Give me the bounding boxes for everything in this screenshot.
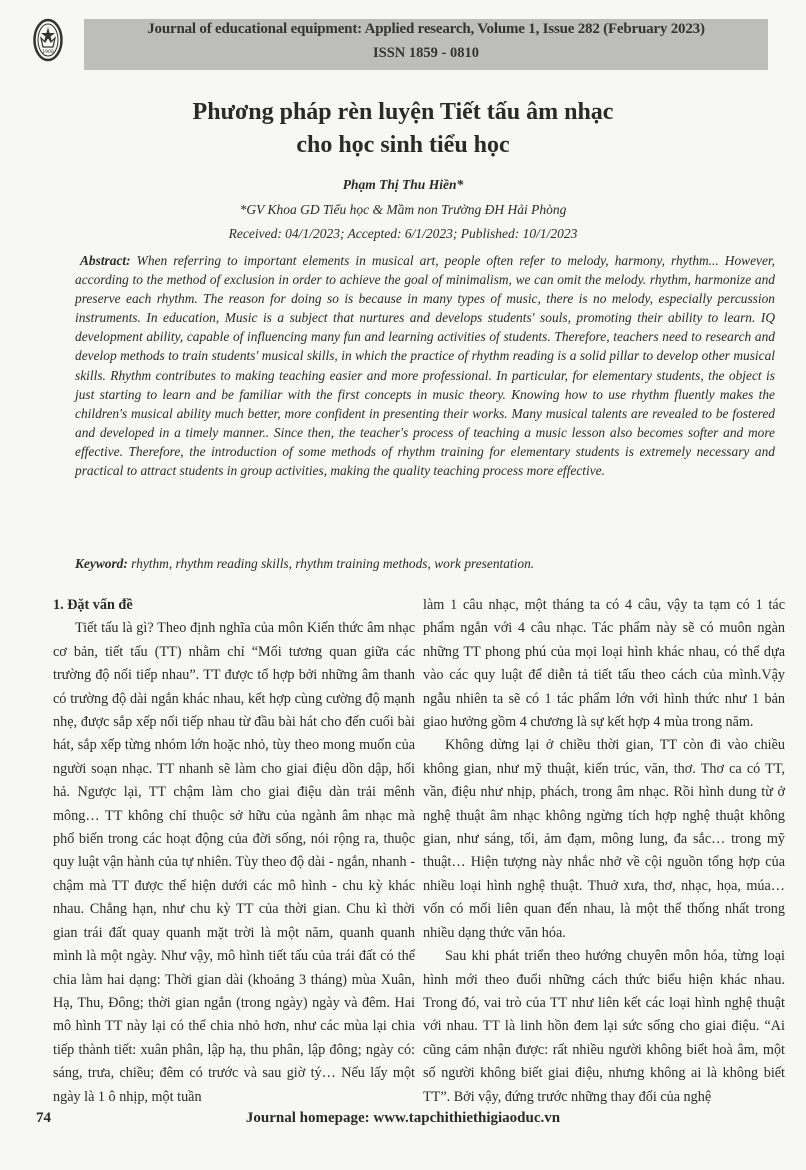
journal-header-bar: Journal of educational equipment: Applie… <box>84 19 768 70</box>
university-crest-icon: 1900 <box>33 18 63 62</box>
author-affiliation: *GV Khoa GD Tiểu học & Mầm non Trường ĐH… <box>0 202 806 218</box>
issn: ISSN 1859 - 0810 <box>84 45 768 62</box>
keywords-text: rhythm, rhythm reading skills, rhythm tr… <box>128 556 534 571</box>
journal-header: 1900 Journal of educational equipment: A… <box>0 0 806 80</box>
publication-dates: Received: 04/1/2023; Accepted: 6/1/2023;… <box>0 226 806 242</box>
journal-homepage: Journal homepage: www.tapchithiethigiaod… <box>0 1110 806 1127</box>
article-title-line-1: Phương pháp rèn luyện Tiết tấu âm nhạc <box>0 96 806 129</box>
body-paragraph: Không dừng lại ở chiều thời gian, TT còn… <box>423 734 785 945</box>
article-title-line-2: cho học sinh tiểu học <box>0 129 806 162</box>
keywords: Keyword: rhythm, rhythm reading skills, … <box>75 554 775 573</box>
body-paragraph: làm 1 câu nhạc, một tháng ta có 4 câu, v… <box>423 594 785 734</box>
body-column-left: 1. Đặt vấn đề Tiết tấu là gì? Theo định … <box>53 594 415 1109</box>
body-column-right: làm 1 câu nhạc, một tháng ta có 4 câu, v… <box>423 594 785 1109</box>
section-heading: 1. Đặt vấn đề <box>53 594 415 617</box>
abstract-label: Abstract: <box>80 253 131 268</box>
journal-citation: Journal of educational equipment: Applie… <box>84 21 768 38</box>
article-title: Phương pháp rèn luyện Tiết tấu âm nhạc c… <box>0 96 806 162</box>
body-paragraph: Sau khi phát triển theo hướng chuyên môn… <box>423 945 785 1109</box>
abstract: Abstract: When referring to important el… <box>75 251 775 480</box>
body-paragraph: Tiết tấu là gì? Theo định nghĩa của môn … <box>53 617 415 1109</box>
abstract-text: When referring to important elements in … <box>75 253 775 478</box>
svg-text:1900: 1900 <box>42 49 54 55</box>
author-name: Phạm Thị Thu Hiền* <box>0 177 806 193</box>
keywords-label: Keyword: <box>75 556 128 571</box>
